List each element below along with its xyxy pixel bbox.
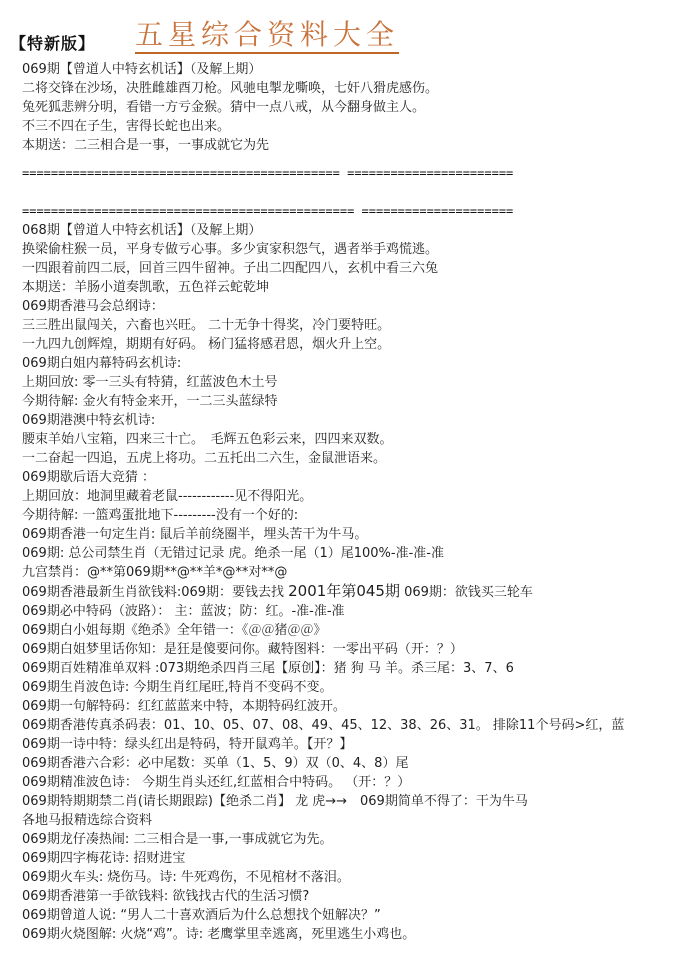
content-line: 069期特期期禁二肖(请长期跟踪)【绝杀二肖】 龙 虎→→ 069期简单不得了：…	[22, 792, 684, 811]
content-line: 换梁偷柱猴一员，平身专做亏心事。多少寅家积怨气，遇者举手鸡慌逃。	[22, 240, 684, 259]
content-line: 069期香港传真杀码表：01、10、05、07、08、49、45、12、38、2…	[22, 716, 684, 735]
content-line: 一九四九创辉煌，期期有好码。 杨门猛将感君恩，烟火升上空。	[22, 335, 684, 354]
content-line: 一四跟着前四二辰，回首三四牛留神。子出二四配四八，玄机中看三六兔	[22, 259, 684, 278]
content-line: 一二奋起一四追，五虎上将功。二五托出二六生，金鼠泄语来。	[22, 449, 684, 468]
content-line: 069期一诗中特：绿头红出是特码，特开鼠鸡羊。【开？】	[22, 735, 684, 754]
line-segment: 069期香港最新生肖欲钱料:069期：要钱去找	[22, 585, 288, 600]
content-line: 上期回放：地洞里藏着老鼠------------见不得阳光。	[22, 487, 684, 506]
content-line: 腰束羊始八宝箱，四来三十亡。 毛辉五色彩云来，四四来双数。	[22, 430, 684, 449]
content-line: 069期: 总公司禁生肖（无错过记录 虎。绝杀一尾（1）尾100%-准-准-准	[22, 544, 684, 563]
content-line: 069期火车头: 烧伤马。诗: 牛死鸡伤，不见棺材不落泪。	[22, 868, 684, 887]
content-line: 069期四字梅花诗: 招财进宝	[22, 849, 684, 868]
content-line: 二将交锋在沙场，决胜雌雄酉刀枪。风驰电掣龙嘶唤，七奸八猾虎感伤。	[22, 79, 684, 98]
content-line: 不三不四在子生，害得长蛇也出来。	[22, 117, 684, 136]
blank-line	[22, 183, 684, 202]
content-line: 069期白小姐每期《绝杀》全年错一：《＠＠猪＠＠》	[22, 621, 684, 640]
separator-line: ========================================…	[22, 202, 684, 221]
content-line: 今期待解: 金火有特金来开，一二三头蓝绿特	[22, 392, 684, 411]
content-line: 069期生肖波色诗: 今期生肖红尾旺,特肖不变码不变。	[22, 678, 684, 697]
content-line: 069期龙仔凑热闹: 二三相合是一事,一事成就它为先。	[22, 830, 684, 849]
content-line: 069期白姐内幕特码玄机诗:	[22, 354, 684, 373]
content-line: 本期送：羊肠小道奏凯歌，五色祥云蛇乾坤	[22, 278, 684, 297]
content-line: 今期待解: 一篮鸡蛋批地下---------没有一个好的:	[22, 506, 684, 525]
separator-line: ========================================…	[22, 164, 684, 183]
content-line: 069期白姐梦里话你知：是狂是傻要问你。藏特图料：一零出平码（开：？）	[22, 640, 684, 659]
content-line: 068期【曾道人中特玄机话】（及解上期）	[22, 221, 684, 240]
content-line: 069期港澳中特玄机诗:	[22, 411, 684, 430]
content-line: 069期歇后语大竞猜 ：	[22, 468, 684, 487]
content-line: 069期曾道人说: “男人二十喜欢酒后为什么总想找个妞解决？”	[22, 906, 684, 925]
content-line: 069期【曾道人中特玄机话】（及解上期）	[22, 60, 684, 79]
content-line: 兔死狐悲辨分明，看错一方亏金猴。猜中一点八戒，从今翻身做主人。	[22, 98, 684, 117]
content-lines: 069期【曾道人中特玄机话】（及解上期）二将交锋在沙场，决胜雌雄酉刀枪。风驰电掣…	[0, 54, 690, 944]
content-line: 九宫禁肖：@**第069期**@**羊*@**对**@	[22, 563, 684, 582]
content-line: 069期香港六合彩：必中尾数：买单（1、5、9）双（0、4、8）尾	[22, 754, 684, 773]
line-segment: 2001年第045期	[288, 582, 400, 600]
page-header: 【特新版】 五星综合资料大全	[0, 0, 690, 54]
content-line: 本期送：二三相合是一事，一事成就它为先	[22, 136, 684, 155]
line-segment: 069期：欲钱买三轮车	[400, 585, 533, 600]
content-line: 上期回放: 零一三头有特猜，红蓝波色木土号	[22, 373, 684, 392]
content-line: 069期香港一句定生肖: 鼠后羊前绕圈半，埋头苦干为牛马。	[22, 525, 684, 544]
edition-label: 【特新版】	[10, 31, 95, 54]
content-line: 069期火烧图解: 火烧“鸡”。诗: 老鹰掌里幸逃离，死里逃生小鸡也。	[22, 925, 684, 944]
content-line: 069期百姓精准单双料 :073期绝杀四肖三尾【原创】：猪 狗 马 羊。杀三尾：…	[22, 659, 684, 678]
content-line: 069期精准波色诗： 今期生肖头还红,红蓝相合中特码。 （开：？）	[22, 773, 684, 792]
content-line: 069期必中特码（波路）： 主：蓝波；防：红。-准-准-准	[22, 602, 684, 621]
content-line: 069期香港最新生肖欲钱料:069期：要钱去找 2001年第045期 069期：…	[22, 582, 684, 602]
content-line: 069期一句解特码：红红蓝蓝来中特，本期特码红波开。	[22, 697, 684, 716]
content-line: 三三胜出鼠闯关，六畜也兴旺。 二十无争十得奖，冷门要特旺。	[22, 316, 684, 335]
content-line: 069期香港马会总纲诗：	[22, 297, 684, 316]
page-title-link[interactable]: 五星综合资料大全	[135, 20, 399, 54]
content-line: 各地马报精选综合资料	[22, 811, 684, 830]
content-line: 069期香港第一手欲钱料: 欲钱找古代的生活习惯?	[22, 887, 684, 906]
